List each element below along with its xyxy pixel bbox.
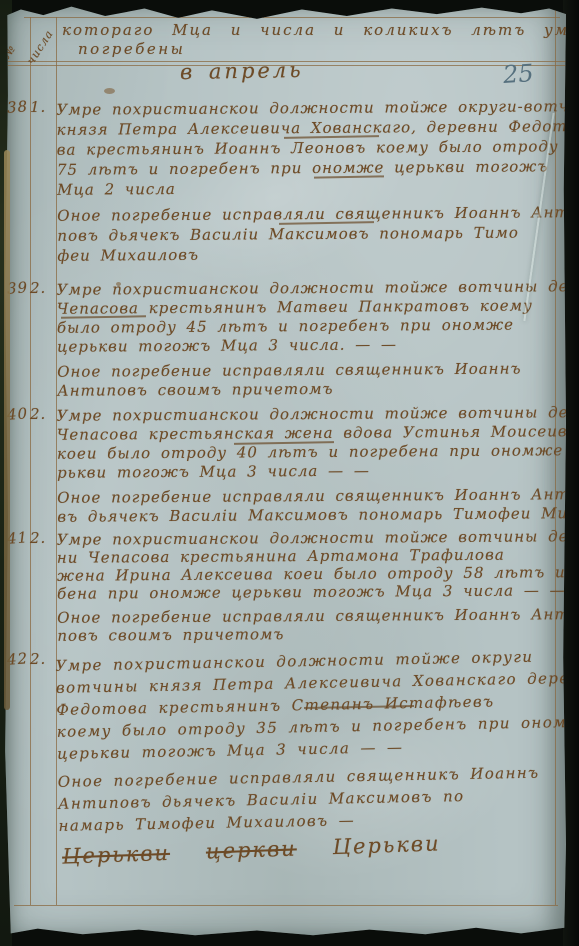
pen-trial-word: Церькви xyxy=(62,841,171,869)
pen-trials: Церькви церкви Церькви xyxy=(62,831,441,868)
entry-number: 41 xyxy=(6,528,30,548)
ruled-line-bottom xyxy=(14,905,558,906)
entry-day: 1. xyxy=(30,98,57,116)
record-line: рькви тогожъ Мца 3 числа — — xyxy=(57,460,563,483)
entry-number: 39 xyxy=(6,278,30,298)
record-line: коеи было отроду 40 лѣтъ и погребена при… xyxy=(57,441,563,464)
death-record-entry: 39 2. Умре похристианскои должности тойж… xyxy=(7,279,563,399)
record-line: церькви тогожъ Мца 3 числа. — — xyxy=(57,334,563,357)
death-record-entry: 38 1. Умре похристианскои должности тойж… xyxy=(7,98,563,264)
entry-text: Умре похристианскои должности тойже вотч… xyxy=(57,403,564,527)
month-heading: в апрель xyxy=(180,58,304,84)
paper-edge-strip xyxy=(4,150,10,710)
entry-number: 42 xyxy=(6,649,30,669)
record-line: было отроду 45 лѣтъ и погребенъ при оном… xyxy=(57,315,563,338)
entry-day: 2. xyxy=(30,529,57,547)
death-record-entry: 41 2. Умре похристианскои должности тойж… xyxy=(7,529,563,643)
entry-text: Умре похристианскои должности тойже вотч… xyxy=(57,527,564,645)
register-header-line1: котораго Мца и числа и коликихъ лѣтъ уме… xyxy=(62,21,579,40)
entry-day: 2. xyxy=(30,650,57,668)
ink-blot xyxy=(116,282,121,286)
burial-line: Антиповъ своимъ причетомъ xyxy=(57,378,563,401)
entry-text: Умре похристианскои должности тойже вотч… xyxy=(57,277,564,401)
ruled-line-top xyxy=(24,17,560,18)
burial-line: повъ своимъ причетомъ xyxy=(57,623,563,645)
register-page: № числа котораго Мца и числа и коликихъ … xyxy=(4,2,566,938)
record-line: бена при ономже церькви тогожъ Мца 3 чис… xyxy=(57,581,563,603)
ink-blot xyxy=(104,88,115,94)
burial-line: Оное погребение исправляли священникъ Ио… xyxy=(57,605,563,627)
death-record-entry: 42 2. Умре похристианскои должности тойж… xyxy=(7,650,563,832)
burial-line: въ дьячекъ Василіи Максимовъ пономарь Ти… xyxy=(57,504,563,527)
page-scan: { "document": { "page_number": "25", "in… xyxy=(0,0,579,946)
record-line: 75 лѣтъ и погребенъ при ономже церькви т… xyxy=(57,156,563,180)
register-header: котораго Мца и числа и коликихъ лѣтъ уме… xyxy=(62,21,579,59)
entry-day: 2. xyxy=(30,279,57,297)
entry-text: Умре похристианскои должности тойже окру… xyxy=(55,645,564,837)
entry-day: 2. xyxy=(30,405,57,423)
pen-trial-word: церкви xyxy=(206,836,298,863)
register-header-line2: погребены xyxy=(78,40,579,59)
entry-number: 40 xyxy=(6,404,30,424)
page-number: 25 xyxy=(502,59,534,89)
death-record-entry: 40 2. Умре похристианскои должности тойж… xyxy=(7,405,563,525)
entry-number: 38 xyxy=(6,97,30,117)
burial-line: феи Михаиловъ xyxy=(57,242,563,266)
burial-line: Оное погребение исправляли священникъ Ио… xyxy=(57,359,563,382)
record-line: Мца 2 числа xyxy=(57,176,563,200)
entry-text: Умре похристианскои должности тойже окру… xyxy=(56,96,563,266)
pen-trial-word: Церькви xyxy=(332,831,441,859)
burial-line: повъ дьячекъ Василіи Максимовъ пономарь … xyxy=(57,222,563,246)
